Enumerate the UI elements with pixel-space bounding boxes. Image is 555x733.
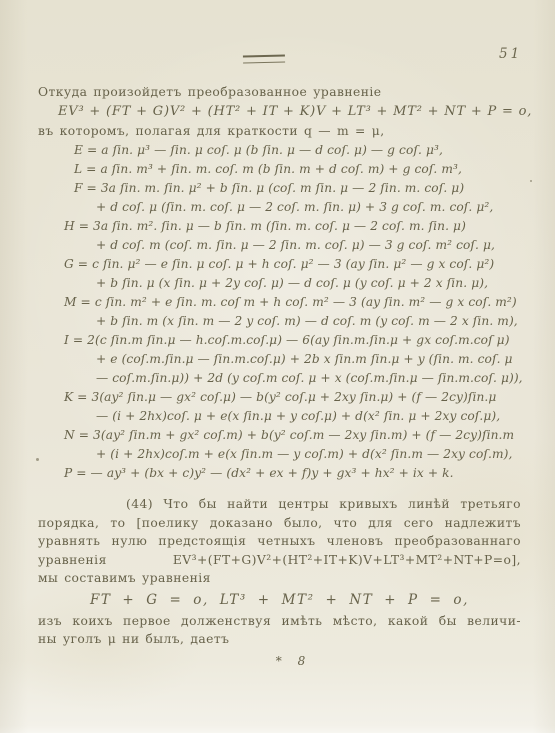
text-line: (44) Что бы найти центры кривыхъ линѣй т… — [38, 495, 521, 514]
equation-line: + d coſ. m (coſ. m. ſin. μ — 2 ſin. m. c… — [38, 236, 521, 255]
equation-line: G = c ſin. μ² — e ſin. μ coſ. μ + h coſ.… — [38, 255, 521, 274]
text-line: въ которомъ, полагая для краткости q — m… — [38, 122, 521, 141]
equation-line: + e (coſ.m.ſin.μ — ſin.m.coſ.μ) + 2b x ſ… — [38, 350, 521, 369]
signature-mark: * 8 — [52, 652, 535, 671]
equation-line: F = 3a ſin. m. ſin. μ² + b ſin. μ (coſ. … — [38, 179, 521, 198]
paper-speck — [36, 458, 39, 461]
text-line: порядка, то [поелику доказано было, что … — [38, 514, 521, 533]
equation-line: E = a ſin. μ³ — ſin. μ coſ. μ (b ſin. μ … — [38, 141, 521, 160]
equation-line: + b ſin. m (x ſin. m — 2 y coſ. m) — d c… — [38, 312, 521, 331]
paper-speck — [530, 180, 532, 182]
equation-line: + (i + 2hx)coſ.m + e(x ſin.m — y coſ.m) … — [38, 445, 521, 464]
text-line: изъ коихъ первое долженствуя имѣть мѣсто… — [38, 612, 521, 631]
equation-line: + b ſin. μ (x ſin. μ + 2y coſ. μ) — d co… — [38, 274, 521, 293]
equation-line: P = — ay³ + (bx + c)y² — (dx² + ex + f)y… — [38, 464, 521, 483]
text-line: мы составимъ уравненія — [38, 569, 521, 588]
equation-line: EV³ + (FT + G)V² + (HT² + IT + K)V + LT³… — [38, 102, 521, 122]
equation-line: — (i + 2hx)coſ. μ + e(x ſin.μ + y coſ.μ)… — [38, 407, 521, 426]
equation-line: + d coſ. μ (ſin. m. coſ. μ — 2 coſ. m. ſ… — [38, 198, 521, 217]
equation-line: I = 2(c ſin.m ſin.μ — h.coſ.m.coſ.μ) — 6… — [38, 331, 521, 350]
equation-line: — coſ.m.ſin.μ)) + 2d (y coſ.m coſ. μ + x… — [38, 369, 521, 388]
text-line: ны уголъ μ ни былъ, даетъ — [38, 630, 521, 649]
page-body-text: Откуда произойдетъ преобразованное уравн… — [38, 83, 521, 671]
equation-line: K = 3(ay² ſin.μ — gx² coſ.μ) — b(y² coſ.… — [38, 388, 521, 407]
text-line: Откуда произойдетъ преобразованное уравн… — [38, 83, 521, 102]
equation-line: L = a ſin. m³ + ſin. m. coſ. m (b ſin. m… — [38, 160, 521, 179]
page-number: 51 — [499, 46, 522, 62]
text-line: уравнять нулю предстоящія четныхъ членов… — [38, 532, 521, 551]
equation-line: FT + G = o, LT³ + MT² + NT + P = o, — [38, 590, 521, 611]
equation-line: H = 3a ſin. m². ſin. μ — b ſin. m (ſin. … — [38, 217, 521, 236]
equation-line: N = 3(ay² ſin.m + gx² coſ.m) + b(y² coſ.… — [38, 426, 521, 445]
equation-line: M = c ſin. m² + e ſin. m. coſ m + h coſ.… — [38, 293, 521, 312]
section-divider-ornament — [243, 54, 285, 63]
text-line: уравненія EV³+(FT+G)V²+(HT²+IT+K)V+LT³+M… — [38, 551, 521, 570]
scanned-book-page: 51 Откуда произойдетъ преобразованное ур… — [0, 0, 555, 733]
